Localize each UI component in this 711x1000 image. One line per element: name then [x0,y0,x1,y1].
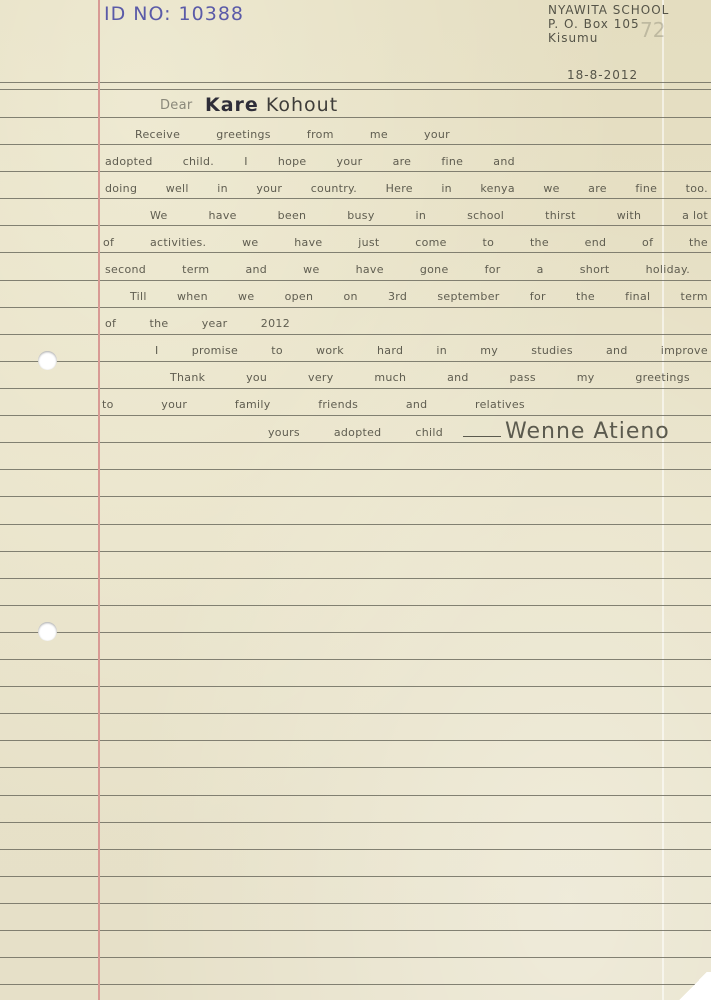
handwritten-word: promise [192,344,238,357]
handwritten-word: in [441,182,452,195]
handwritten-word: to [483,236,495,249]
handwritten-word: a lot [682,209,708,222]
ruled-line [0,822,711,823]
handwritten-word: of [103,236,114,249]
recipient-name: Kare Kohout [205,94,338,116]
handwritten-word: me [370,128,388,141]
notebook-page: ID NO: 10388 NYAWITA SCHOOL P. O. Box 10… [0,0,711,1000]
handwritten-word: well [166,182,189,195]
handwritten-word: fine [635,182,657,195]
ruled-line [0,578,711,579]
handwritten-word: child. [183,155,214,168]
handwritten-word: school [467,209,504,222]
paper-fold-crease [662,0,664,1000]
letter-date: 18-8-2012 [567,68,638,82]
handwritten-word: gone [420,263,449,276]
handwritten-word: been [278,209,307,222]
handwritten-word: too. [686,182,708,195]
handwritten-word: improve [661,344,708,357]
handwritten-word: open [285,290,314,303]
ruled-line [0,198,711,199]
ruled-line [0,225,711,226]
handwritten-word: country. [311,182,357,195]
handwritten-word: are [588,182,607,195]
ruled-line [0,117,711,118]
recipient-last-name: Kohout [266,94,338,116]
handwritten-word: are [393,155,412,168]
ruled-line [0,876,711,877]
handwritten-word: just [358,236,379,249]
handwritten-word: a [537,263,544,276]
handwritten-word: on [343,290,357,303]
closing-word: child [415,426,443,439]
ruled-line [0,252,711,253]
ruled-line [0,89,711,90]
handwritten-word: in [436,344,447,357]
handwritten-word: you [246,371,267,384]
handwritten-word: fine [441,155,463,168]
handwritten-word: your [337,155,363,168]
ruled-line [0,144,711,145]
handwritten-word: the [530,236,549,249]
punch-hole-bottom [38,622,57,641]
handwritten-word: my [577,371,595,384]
letter-line: Thankyouverymuchandpassmygreetings [170,371,690,384]
curled-corner [675,972,711,1000]
letter-line: Ipromisetoworkhardinmystudiesandimprove [155,344,708,357]
ruled-line [0,388,711,389]
id-number: ID NO: 10388 [104,3,244,25]
letter-line: oftheyear2012 [105,317,290,330]
letter-line: doingwellinyourcountry.Hereinkenyawearef… [105,182,708,195]
handwritten-word: second [105,263,146,276]
ruled-line [0,524,711,525]
faint-stamp-mark: 72 [640,18,665,42]
handwritten-word: and [606,344,628,357]
ruled-line [0,686,711,687]
handwritten-word: in [217,182,228,195]
salutation: Dear [160,98,193,113]
handwritten-word: studies [531,344,573,357]
letter-line: ofactivities.wehavejustcometotheendofthe [103,236,708,249]
handwritten-word: with [617,209,642,222]
ruled-line [0,415,711,416]
recipient-first-name: Kare [205,94,259,116]
handwritten-word: family [235,398,271,411]
signature: Wenne Atieno [505,419,670,444]
handwritten-word: come [415,236,446,249]
handwritten-word: and [493,155,515,168]
ruled-line [0,551,711,552]
handwritten-word: have [209,209,237,222]
handwritten-word: term [182,263,209,276]
handwritten-word: much [374,371,406,384]
handwritten-word: the [689,236,708,249]
handwritten-word: year [202,317,228,330]
letter-line: adoptedchild.Ihopeyourarefineand [105,155,515,168]
closing-word: yours [268,426,300,439]
ruled-line [0,849,711,850]
ruled-line [0,82,711,83]
handwritten-word: Thank [170,371,205,384]
handwritten-word: 2012 [261,317,290,330]
ruled-line [0,361,711,362]
handwritten-word: and [447,371,469,384]
letter-line: Receivegreetingsfrommeyour [135,128,450,141]
ruled-line [0,957,711,958]
handwritten-word: I [155,344,159,357]
handwritten-word: we [303,263,319,276]
handwritten-word: for [485,263,501,276]
ruled-line [0,903,711,904]
handwritten-word: hard [377,344,403,357]
handwritten-word: in [416,209,427,222]
handwritten-word: for [530,290,546,303]
handwritten-word: your [161,398,187,411]
ruled-line [0,280,711,281]
handwritten-word: holiday. [646,263,690,276]
handwritten-word: Receive [135,128,180,141]
handwritten-word: adopted [105,155,153,168]
handwritten-word: my [480,344,498,357]
handwritten-word: your [424,128,450,141]
handwritten-word: of [642,236,653,249]
ruled-line [0,334,711,335]
ruled-line [0,632,711,633]
handwritten-word: short [580,263,610,276]
handwritten-word: greetings [635,371,690,384]
ruled-line [0,605,711,606]
handwritten-word: We [150,209,168,222]
handwritten-word: to [102,398,114,411]
ruled-line [0,469,711,470]
handwritten-word: end [585,236,607,249]
handwritten-word: have [356,263,384,276]
handwritten-word: to [271,344,283,357]
ruled-line [0,795,711,796]
letter-line: Wehavebeenbusyinschoolthirstwitha lot [150,209,708,222]
letter-line: secondtermandwehavegoneforashortholiday. [105,263,690,276]
handwritten-word: your [256,182,282,195]
ruled-line [0,659,711,660]
red-margin-line [98,0,100,1000]
handwritten-word: we [238,290,254,303]
handwritten-word: very [308,371,334,384]
ruled-line [0,984,711,985]
handwritten-word: friends [318,398,358,411]
handwritten-word: Here [386,182,413,195]
handwritten-word: we [242,236,258,249]
handwritten-word: of [105,317,116,330]
handwritten-word: and [245,263,267,276]
handwritten-word: pass [510,371,536,384]
handwritten-word: september [437,290,499,303]
ruled-line [0,713,711,714]
handwritten-word: thirst [545,209,576,222]
handwritten-word: relatives [475,398,525,411]
ruled-line [0,930,711,931]
ruled-line [0,740,711,741]
handwritten-word: busy [347,209,374,222]
handwritten-word: hope [278,155,307,168]
school-name: NYAWITA SCHOOL [548,3,669,17]
handwritten-word: from [307,128,334,141]
signature-underline [463,436,501,437]
letter-line: toyourfamilyfriendsandrelatives [102,398,525,411]
ruled-line [0,767,711,768]
ruled-line [0,496,711,497]
handwritten-word: kenya [480,182,514,195]
handwritten-word: the [150,317,169,330]
punch-hole-top [38,351,57,370]
closing-word: adopted [334,426,382,439]
handwritten-word: term [681,290,708,303]
handwritten-word: I [244,155,248,168]
handwritten-word: the [576,290,595,303]
handwritten-word: Till [130,290,147,303]
handwritten-word: doing [105,182,137,195]
handwritten-word: and [406,398,428,411]
ruled-line [0,171,711,172]
handwritten-word: final [625,290,650,303]
handwritten-word: we [543,182,559,195]
handwritten-word: have [294,236,322,249]
handwritten-word: 3rd [388,290,407,303]
letter-line: Tillwhenweopenon3rdseptemberforthefinalt… [130,290,708,303]
closing-line: yoursadoptedchild [268,426,443,439]
handwritten-word: activities. [150,236,206,249]
handwritten-word: when [177,290,208,303]
handwritten-word: work [316,344,344,357]
handwritten-word: greetings [216,128,271,141]
ruled-line [0,307,711,308]
